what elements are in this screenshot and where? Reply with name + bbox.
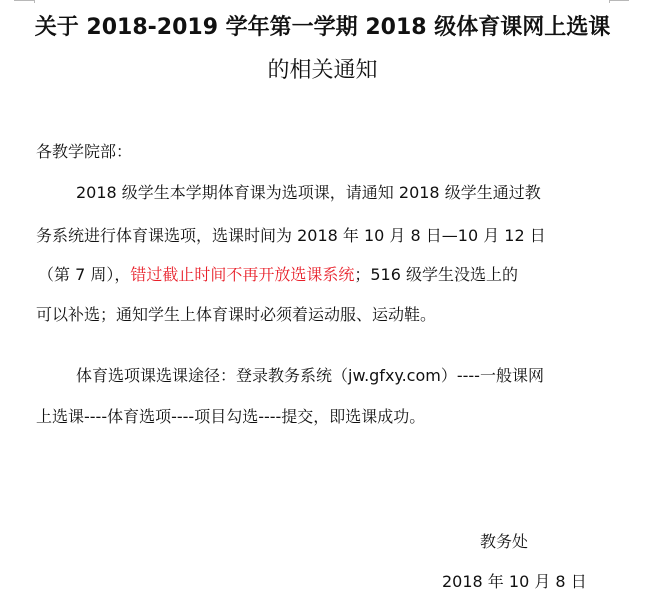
paragraph-1-line-2: 务系统进行体育课选项，选课时间为 2018 年 10 月 8 日—10 月 12… xyxy=(36,223,546,246)
document-title-line1: 关于 2018-2019 学年第一学期 2018 级体育课网上选课 xyxy=(0,10,645,41)
week-note: （第 7 周）， xyxy=(38,265,130,284)
paragraph-1-line-1: 2018 级学生本学期体育课为选项课，请通知 2018 级学生通过教 xyxy=(76,180,541,203)
supplement-note: ；516 级学生没选上的 xyxy=(354,265,518,284)
paragraph-1-line-3: （第 7 周），错过截止时间不再开放选课系统；516 级学生没选上的 xyxy=(38,262,518,285)
paragraph-2-line-1: 体育选项课选课途径：登录教务系统（jw.gfxy.com）----一般课网 xyxy=(76,363,544,386)
signature-date: 2018 年 10 月 8 日 xyxy=(442,569,587,592)
deadline-warning: 错过截止时间不再开放选课系统 xyxy=(130,265,354,284)
document-title-line2: 的相关通知 xyxy=(0,53,645,84)
paragraph-1-line-4: 可以补选；通知学生上体育课时必须着运动服、运动鞋。 xyxy=(36,302,436,325)
paragraph-2-line-2: 上选课----体育选项----项目勾选----提交，即选课成功。 xyxy=(36,404,425,427)
salutation: 各教学院部： xyxy=(36,139,132,162)
signature-department: 教务处 xyxy=(480,529,528,552)
